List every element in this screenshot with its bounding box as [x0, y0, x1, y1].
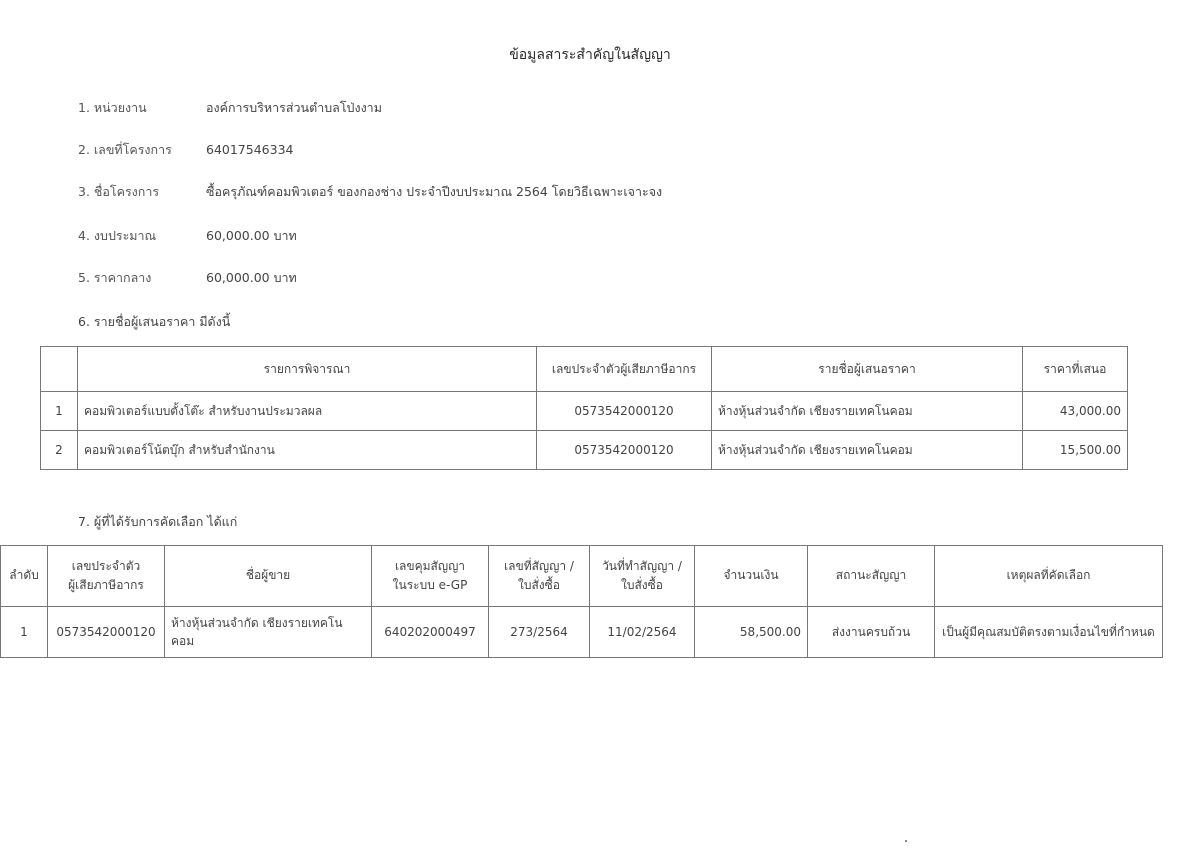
- field-value: 60,000.00 บาท: [206, 268, 297, 288]
- column-header: เลขประจำตัวผู้เสียภาษีอากร: [537, 347, 712, 392]
- cell-tax-id: 0573542000120: [48, 607, 165, 658]
- column-header: เลขประจำตัว ผู้เสียภาษีอากร: [48, 546, 165, 607]
- column-header: ลำดับ: [1, 546, 48, 607]
- field-budget: 4. งบประมาณ60,000.00 บาท: [78, 226, 297, 246]
- table-header-row: รายการพิจารณา เลขประจำตัวผู้เสียภาษีอากร…: [41, 347, 1128, 392]
- column-header: เลขที่สัญญา / ใบสั่งซื้อ: [489, 546, 590, 607]
- column-header: ชื่อผู้ขาย: [165, 546, 372, 607]
- table-row: 1 0573542000120 ห้างหุ้นส่วนจำกัด เชียงร…: [1, 607, 1163, 658]
- field-project-name: 3. ชื่อโครงการซื้อครุภัณฑ์คอมพิวเตอร์ ขอ…: [78, 182, 662, 202]
- cell-item: คอมพิวเตอร์แบบตั้งโต๊ะ สำหรับงานประมวลผล: [78, 392, 537, 431]
- winner-table: ลำดับ เลขประจำตัว ผู้เสียภาษีอากร ชื่อผู…: [0, 545, 1163, 658]
- field-value: 60,000.00 บาท: [206, 226, 297, 246]
- column-header: ราคาที่เสนอ: [1023, 347, 1128, 392]
- cell-item: คอมพิวเตอร์โน้ตบุ๊ก สำหรับสำนักงาน: [78, 431, 537, 470]
- field-value: องค์การบริหารส่วนตำบลโป่งงาม: [206, 98, 382, 118]
- table-row: 1 คอมพิวเตอร์แบบตั้งโต๊ะ สำหรับงานประมวล…: [41, 392, 1128, 431]
- cell-index: 2: [41, 431, 78, 470]
- cell-reason: เป็นผู้มีคุณสมบัติตรงตามเงื่อนไขที่กำหนด: [935, 607, 1163, 658]
- field-label: 4. งบประมาณ: [78, 226, 206, 246]
- section-bidders-heading: 6. รายชื่อผู้เสนอราคา มีดังนี้: [78, 312, 230, 332]
- cell-index: 1: [1, 607, 48, 658]
- cell-price: 15,500.00: [1023, 431, 1128, 470]
- cell-egp-number: 640202000497: [372, 607, 489, 658]
- cell-contract-number: 273/2564: [489, 607, 590, 658]
- cell-amount: 58,500.00: [695, 607, 808, 658]
- scan-mark: [905, 840, 907, 842]
- cell-vendor: ห้างหุ้นส่วนจำกัด เชียงรายเทคโนคอม: [165, 607, 372, 658]
- field-label: 5. ราคากลาง: [78, 268, 206, 288]
- column-header: เลขคุมสัญญา ในระบบ e-GP: [372, 546, 489, 607]
- cell-contract-date: 11/02/2564: [590, 607, 695, 658]
- field-median-price: 5. ราคากลาง60,000.00 บาท: [78, 268, 297, 288]
- cell-bidder: ห้างหุ้นส่วนจำกัด เชียงรายเทคโนคอม: [712, 392, 1023, 431]
- bidders-table: รายการพิจารณา เลขประจำตัวผู้เสียภาษีอากร…: [40, 346, 1128, 470]
- table-row: 2 คอมพิวเตอร์โน้ตบุ๊ก สำหรับสำนักงาน 057…: [41, 431, 1128, 470]
- field-value: 64017546334: [206, 142, 293, 157]
- document-title: ข้อมูลสาระสำคัญในสัญญา: [0, 44, 1180, 66]
- column-header: วันที่ทำสัญญา / ใบสั่งซื้อ: [590, 546, 695, 607]
- field-value: ซื้อครุภัณฑ์คอมพิวเตอร์ ของกองช่าง ประจำ…: [206, 182, 662, 202]
- cell-tax-id: 0573542000120: [537, 431, 712, 470]
- column-header: จำนวนเงิน: [695, 546, 808, 607]
- cell-tax-id: 0573542000120: [537, 392, 712, 431]
- column-header: เหตุผลที่คัดเลือก: [935, 546, 1163, 607]
- cell-bidder: ห้างหุ้นส่วนจำกัด เชียงรายเทคโนคอม: [712, 431, 1023, 470]
- column-header: รายชื่อผู้เสนอราคา: [712, 347, 1023, 392]
- field-label: 1. หน่วยงาน: [78, 98, 206, 118]
- field-label: 2. เลขที่โครงการ: [78, 140, 206, 160]
- column-header: รายการพิจารณา: [78, 347, 537, 392]
- field-project-number: 2. เลขที่โครงการ64017546334: [78, 140, 293, 160]
- cell-index: 1: [41, 392, 78, 431]
- field-agency: 1. หน่วยงานองค์การบริหารส่วนตำบลโป่งงาม: [78, 98, 382, 118]
- table-header-row: ลำดับ เลขประจำตัว ผู้เสียภาษีอากร ชื่อผู…: [1, 546, 1163, 607]
- cell-status: ส่งงานครบถ้วน: [808, 607, 935, 658]
- cell-price: 43,000.00: [1023, 392, 1128, 431]
- column-header: สถานะสัญญา: [808, 546, 935, 607]
- section-winner-heading: 7. ผู้ที่ได้รับการคัดเลือก ได้แก่: [78, 512, 237, 532]
- column-header: [41, 347, 78, 392]
- field-label: 3. ชื่อโครงการ: [78, 182, 206, 202]
